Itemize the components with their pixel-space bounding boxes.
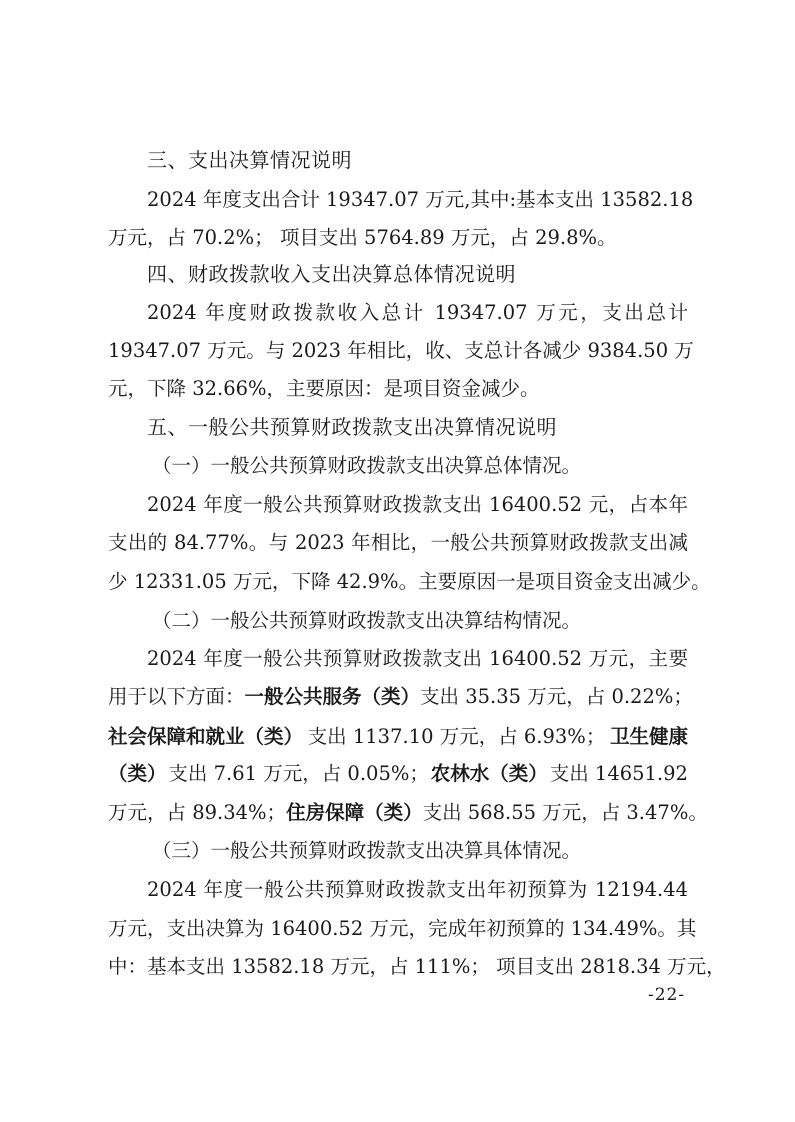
category-value: 支出 7.61 万元，占 0.05%；	[168, 761, 428, 787]
paragraph-line: 少 12331.05 万元，下降 42.9%。主要原因一是项目资金支出减少。	[108, 569, 688, 595]
category-value: 万元，占 89.34%；	[108, 800, 286, 826]
section-heading-expenditure: 三、支出决算情况说明	[147, 147, 688, 173]
paragraph-line: 19347.07 万元。与 2023 年相比，收、支总计各减少 9384.50 …	[108, 338, 688, 364]
category-health: 卫生健康	[610, 724, 688, 750]
paragraph-line: 万元，支出决算为 16400.52 万元，完成年初预算的 134.49%。其	[108, 916, 688, 942]
section-heading-general-budget: 五、一般公共预算财政拨款支出决算情况说明	[147, 414, 688, 440]
page-number: -22-	[648, 983, 685, 1007]
line-prefix: 用于以下方面：	[108, 684, 245, 710]
paragraph-line: 2024 年度一般公共预算财政拨款支出 16400.52 元，占本年	[147, 492, 688, 518]
category-value: 支出 568.55 万元，占 3.47%。	[423, 800, 708, 826]
category-general-public-services: 一般公共服务（类）	[245, 684, 421, 710]
category-social-security: 社会保障和就业（类）	[108, 724, 303, 750]
category-health-suffix: （类）	[108, 761, 167, 787]
paragraph-line: 社会保障和就业（类） 支出 1137.10 万元，占 6.93%； 卫生健康	[108, 724, 688, 750]
category-agriculture: 农林水（类）	[431, 761, 548, 787]
section-heading-fiscal-overview: 四、财政拨款收入支出决算总体情况说明	[147, 261, 688, 287]
category-value: 支出 1137.10 万元，占 6.93%；	[308, 724, 606, 750]
paragraph-line: 万元，占 70.2%； 项目支出 5764.89 万元，占 29.8%。	[108, 225, 688, 251]
category-value: 支出 35.35 万元，占 0.22%；	[420, 684, 693, 710]
subsection-heading-structure: （二）一般公共预算财政拨款支出决算结构情况。	[152, 608, 732, 634]
category-value: 支出 14651.92	[550, 761, 688, 787]
paragraph-line: 元，下降 32.66%，主要原因：是项目资金减少。	[108, 376, 688, 402]
paragraph-line: 用于以下方面： 一般公共服务（类） 支出 35.35 万元，占 0.22%；	[108, 684, 688, 710]
paragraph-line: 2024 年度财政拨款收入总计 19347.07 万元，支出总计	[147, 300, 688, 326]
paragraph-line: 2024 年度支出合计 19347.07 万元,其中:基本支出 13582.18	[147, 187, 688, 213]
paragraph-line: （类） 支出 7.61 万元，占 0.05%； 农林水（类） 支出 14651.…	[108, 761, 688, 787]
category-housing: 住房保障（类）	[286, 800, 423, 826]
subsection-heading-details: （三）一般公共预算财政拨款支出决算具体情况。	[152, 838, 732, 864]
paragraph-line: 中：基本支出 13582.18 万元，占 111%； 项目支出 2818.34 …	[108, 954, 688, 980]
paragraph-line: 2024 年度一般公共预算财政拨款支出 16400.52 万元，主要	[147, 646, 688, 672]
paragraph-line: 万元，占 89.34%； 住房保障（类） 支出 568.55 万元，占 3.47…	[108, 800, 688, 826]
paragraph-line: 支出的 84.77%。与 2023 年相比，一般公共预算财政拨款支出减	[108, 530, 688, 556]
subsection-heading-overall: （一）一般公共预算财政拨款支出决算总体情况。	[152, 453, 732, 479]
document-page: 三、支出决算情况说明 2024 年度支出合计 19347.07 万元,其中:基本…	[0, 0, 795, 1122]
paragraph-line: 2024 年度一般公共预算财政拨款支出年初预算为 12194.44	[147, 877, 688, 903]
